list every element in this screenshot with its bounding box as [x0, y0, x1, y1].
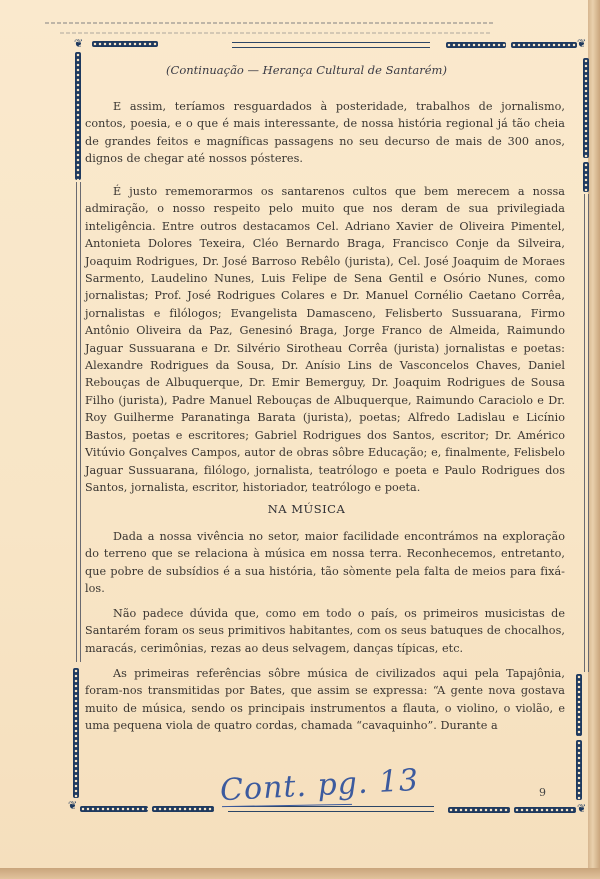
border-chain-top-left [92, 41, 158, 47]
border-rule-right [584, 194, 589, 672]
border-chain-bottom-left-1 [80, 806, 148, 812]
paragraph-5: As primeiras referências sôbre música de… [85, 665, 565, 735]
paragraph-2: É justo rememorarmos os santarenos culto… [85, 183, 565, 496]
bleed-through-rule [60, 32, 490, 34]
border-chain-bottom-right-1 [448, 807, 510, 813]
border-chain-right-upper-2 [583, 162, 589, 192]
paragraph-music-intro: Dada a nossa vivência no setor, maior fa… [85, 528, 565, 598]
corner-ornament-icon: ❦ [577, 804, 586, 813]
page-edge [588, 0, 600, 879]
border-chain-top-right-1 [446, 42, 506, 48]
border-rule-bottom [228, 806, 434, 812]
paragraph-music-bates: As primeiras referências sôbre música de… [85, 665, 565, 735]
paragraph-3: Dada a nossa vivência no setor, maior fa… [85, 528, 565, 598]
paragraph-intro: E assim, teríamos resguardados à posteri… [85, 98, 565, 168]
border-chain-left-lower [73, 668, 79, 798]
border-chain-right-lower-1 [576, 674, 582, 736]
border-chain-bottom-right-2 [514, 807, 576, 813]
border-chain-top-right-2 [511, 42, 577, 48]
border-rule-left [76, 182, 81, 662]
bleed-through-rule [45, 22, 495, 24]
border-chain-bottom-left-2 [152, 806, 214, 812]
paragraph-1: E assim, teríamos resguardados à posteri… [85, 98, 565, 168]
border-rule-top [232, 42, 430, 48]
continuation-header: (Continuação — Herança Cultural de Santa… [0, 63, 588, 77]
page-bottom-edge [0, 868, 600, 879]
corner-ornament-icon: ❦ [74, 39, 83, 48]
paragraph-4: Não padece dúvida que, como em todo o pa… [85, 605, 565, 657]
corner-ornament-icon: ❦ [577, 39, 586, 48]
section-title: NA MÚSICA [0, 502, 588, 516]
paragraph-notables: É justo rememorarmos os santarenos culto… [85, 183, 565, 496]
page-number: 9 [539, 786, 546, 799]
border-chain-right-lower-2 [576, 740, 582, 800]
corner-ornament-icon: ❦ [68, 801, 77, 810]
paragraph-music-natives: Não padece dúvida que, como em todo o pa… [85, 605, 565, 657]
